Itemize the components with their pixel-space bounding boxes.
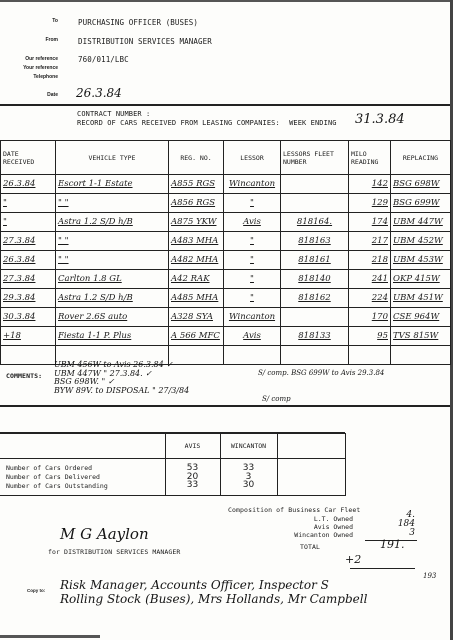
- table-row: 30.3.84Rover 2.6S autoA328 SYAWincanton1…: [1, 308, 451, 327]
- cell-fleet: [281, 194, 349, 213]
- cell-milo: 217: [349, 232, 391, 251]
- table-row: "" "A856 RGS"129BSG 699W: [1, 194, 451, 213]
- col-vehicle-type: VEHICLE TYPE: [56, 141, 169, 175]
- cell-milo: 218: [349, 251, 391, 270]
- cell-vehicle: Escort 1-1 Estate: [56, 175, 169, 194]
- header-divider: [0, 104, 450, 106]
- cell-replacing: UBM 447W: [391, 213, 451, 232]
- cell-reg: A 566 MFC: [169, 327, 224, 346]
- fleet-wincanton-label: Wincanton Owned: [260, 531, 353, 539]
- comment-margin-note-2: S/ comp: [262, 395, 291, 403]
- cell-vehicle: Rover 2.6S auto: [56, 308, 169, 327]
- from-value: DISTRIBUTION SERVICES MANAGER: [78, 37, 212, 46]
- cell-date: 29.3.84: [1, 289, 56, 308]
- cell-date: 27.3.84: [1, 270, 56, 289]
- fleet-values: 4. 184 3: [360, 511, 415, 538]
- cell-replacing: CSE 964W: [391, 308, 451, 327]
- cell-reg: A855 RGS: [169, 175, 224, 194]
- fleet-adjust-line: [350, 568, 415, 569]
- cell-date: ": [1, 213, 56, 232]
- date-label: Date: [14, 92, 58, 98]
- table-row: 27.3.84" "A483 MHA"818163217UBM 452W: [1, 232, 451, 251]
- cell-reg: A875 YKW: [169, 213, 224, 232]
- copy-to-list: Risk Manager, Accounts Officer, Inspecto…: [60, 578, 367, 606]
- cell-milo: [349, 346, 391, 365]
- col-reg-no: REG. NO.: [169, 141, 224, 175]
- copy-to-label: Copy to:: [27, 588, 45, 593]
- fleet-lt-label: L.T. Owned: [260, 515, 353, 523]
- cell-lessor: Avis: [224, 213, 281, 232]
- table-row: 26.3.84" "A482 MHA"818161218UBM 453W: [1, 251, 451, 270]
- cell-lessor: ": [224, 289, 281, 308]
- cell-milo: 129: [349, 194, 391, 213]
- to-label: To: [14, 18, 58, 24]
- col-lessor: LESSOR: [224, 141, 281, 175]
- cell-lessor: ": [224, 232, 281, 251]
- cell-milo: 224: [349, 289, 391, 308]
- col-lessors-fleet-number: LESSORS FLEET NUMBER: [281, 141, 349, 175]
- to-value: PURCHASING OFFICER (BUSES): [78, 18, 198, 27]
- cars-received-table: DATE RECEIVED VEHICLE TYPE REG. NO. LESS…: [0, 140, 451, 365]
- cell-replacing: BSG 699W: [391, 194, 451, 213]
- date-value: 26.3.84: [76, 86, 122, 100]
- fleet-wincanton-value: 3: [360, 529, 415, 538]
- cell-reg: A485 MHA: [169, 289, 224, 308]
- wincanton-outstanding: 30: [224, 481, 274, 490]
- cell-reg: A482 MHA: [169, 251, 224, 270]
- wincanton-values: 33 3 30: [220, 459, 277, 496]
- copy-to-line-1: Risk Manager, Accounts Officer, Inspecto…: [60, 578, 367, 592]
- fleet-title: Composition of Business Car Fleet: [228, 506, 360, 514]
- cell-date: 26.3.84: [1, 251, 56, 270]
- summary-data-row: Number of Cars Ordered Number of Cars De…: [0, 459, 345, 496]
- cell-replacing: TVS 815W: [391, 327, 451, 346]
- cell-vehicle: " ": [56, 194, 169, 213]
- fleet-total-value: 191.: [380, 538, 405, 551]
- fleet-avis-value: 184: [360, 520, 415, 529]
- cell-lessor: ": [224, 270, 281, 289]
- cell-milo: 95: [349, 327, 391, 346]
- cell-vehicle: Astra 1.2 S/D h/B: [56, 213, 169, 232]
- cell-reg: A856 RGS: [169, 194, 224, 213]
- fleet-labels: L.T. Owned Avis Owned Wincanton Owned: [260, 515, 353, 539]
- cell-fleet: 818162: [281, 289, 349, 308]
- cell-reg: A42 RAK: [169, 270, 224, 289]
- cell-reg: A483 MHA: [169, 232, 224, 251]
- cell-date: [1, 346, 56, 365]
- col-date-received: DATE RECEIVED: [1, 141, 56, 175]
- contract-label: CONTRACT NUMBER :: [77, 110, 150, 118]
- comment-margin-note: S/ comp. BSG 699W to Avis 29.3.84: [258, 369, 384, 377]
- cell-fleet: [281, 175, 349, 194]
- telephone-label: Telephone: [14, 74, 58, 80]
- comments-lines: UBM 456W to Avis 26.3.84 ✓ UBM 447W " 27…: [54, 361, 189, 395]
- top-edge: [0, 0, 453, 2]
- your-ref-label: Your reference: [14, 65, 58, 71]
- cell-fleet: [281, 308, 349, 327]
- cell-vehicle: Fiesta 1-1 P. Plus: [56, 327, 169, 346]
- our-ref-value: 760/011/LBC: [78, 55, 129, 64]
- cell-milo: 142: [349, 175, 391, 194]
- cell-vehicle: Carlton 1.8 GL: [56, 270, 169, 289]
- week-ending-value: 31.3.84: [355, 112, 405, 127]
- cell-date: 30.3.84: [1, 308, 56, 327]
- cell-date: +18: [1, 327, 56, 346]
- cell-fleet: 818161: [281, 251, 349, 270]
- fleet-total-label: TOTAL: [300, 543, 320, 551]
- cell-fleet: [281, 346, 349, 365]
- table-row: 27.3.84Carlton 1.8 GLA42 RAK"818140241OK…: [1, 270, 451, 289]
- comments-label: COMMENTS:: [6, 372, 42, 380]
- cell-date: 26.3.84: [1, 175, 56, 194]
- fleet-avis-label: Avis Owned: [260, 523, 353, 531]
- avis-outstanding: 33: [169, 481, 217, 490]
- cell-lessor: Avis: [224, 327, 281, 346]
- fleet-adjusted-total: 193: [423, 572, 436, 580]
- cell-fleet: 818140: [281, 270, 349, 289]
- comment-line: BYW 89V. to DISPOSAL " 27/3/84: [54, 387, 189, 396]
- cell-replacing: BSG 698W: [391, 175, 451, 194]
- cell-lessor: [224, 346, 281, 365]
- summary-header-row: AVIS WINCANTON: [0, 434, 345, 459]
- cell-vehicle: Astra 1.2 S/D h/B: [56, 289, 169, 308]
- table-row: "Astra 1.2 S/D h/BA875 YKWAvis818164.174…: [1, 213, 451, 232]
- cell-date: ": [1, 194, 56, 213]
- from-label: From: [14, 37, 58, 43]
- label-ordered: Number of Cars Ordered: [6, 464, 162, 473]
- cell-fleet: 818133: [281, 327, 349, 346]
- col-replacing: REPLACING: [391, 141, 451, 175]
- cell-vehicle: " ": [56, 251, 169, 270]
- cell-replacing: OKP 415W: [391, 270, 451, 289]
- copy-to-line-2: Rolling Stock (Buses), Mrs Hollands, Mr …: [60, 592, 367, 606]
- summary-row-labels: Number of Cars Ordered Number of Cars De…: [0, 459, 165, 496]
- table-row: 29.3.84Astra 1.2 S/D h/BA485 MHA"8181622…: [1, 289, 451, 308]
- col-milo-reading: MILO READING: [349, 141, 391, 175]
- summary-table: AVIS WINCANTON Number of Cars Ordered Nu…: [0, 433, 346, 496]
- cell-reg: A328 SYA: [169, 308, 224, 327]
- cell-date: 27.3.84: [1, 232, 56, 251]
- cell-vehicle: " ": [56, 232, 169, 251]
- cell-replacing: [391, 346, 451, 365]
- signature: M G Aaylon: [60, 525, 149, 543]
- bottom-edge: [0, 635, 100, 638]
- table-row: 26.3.84Escort 1-1 EstateA855 RGSWincanto…: [1, 175, 451, 194]
- cell-lessor: Wincanton: [224, 308, 281, 327]
- cell-lessor: Wincanton: [224, 175, 281, 194]
- summary-col-wincanton: WINCANTON: [220, 434, 277, 459]
- our-ref-label: Our reference: [14, 56, 58, 62]
- summary-col-avis: AVIS: [165, 434, 220, 459]
- label-outstanding: Number of Cars Outstanding: [6, 482, 162, 491]
- table-row: +18Fiesta 1-1 P. PlusA 566 MFCAvis818133…: [1, 327, 451, 346]
- cell-replacing: UBM 453W: [391, 251, 451, 270]
- cell-lessor: ": [224, 194, 281, 213]
- cell-replacing: UBM 451W: [391, 289, 451, 308]
- record-title: RECORD OF CARS RECEIVED FROM LEASING COM…: [77, 119, 337, 127]
- cell-fleet: 818163: [281, 232, 349, 251]
- cell-fleet: 818164.: [281, 213, 349, 232]
- cell-milo: 170: [349, 308, 391, 327]
- signature-for-label: for DISTRIBUTION SERVICES MANAGER: [48, 548, 180, 556]
- record-title-text: RECORD OF CARS RECEIVED FROM LEASING COM…: [77, 119, 280, 127]
- cell-replacing: UBM 452W: [391, 232, 451, 251]
- cell-milo: 174: [349, 213, 391, 232]
- fleet-adjust: +2: [345, 553, 361, 566]
- avis-values: 53 20 33: [165, 459, 220, 496]
- cell-lessor: ": [224, 251, 281, 270]
- label-delivered: Number of Cars Delivered: [6, 473, 162, 482]
- cell-milo: 241: [349, 270, 391, 289]
- comments-divider: [0, 405, 450, 407]
- week-ending-label: WEEK ENDING: [289, 119, 336, 127]
- table-header-row: DATE RECEIVED VEHICLE TYPE REG. NO. LESS…: [1, 141, 451, 175]
